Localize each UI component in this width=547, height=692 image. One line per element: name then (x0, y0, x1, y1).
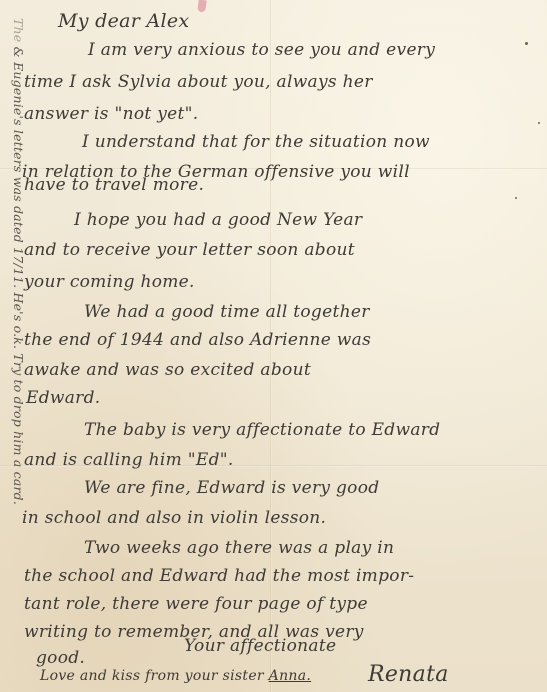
postscript: Love and kiss from your sister Anna. (40, 668, 311, 684)
postscript-text: Love and kiss from your sister (40, 668, 264, 684)
letter-page: The & Eugenie's letters was dated 17/11.… (0, 0, 547, 692)
letter-line: Two weeks ago there was a play in (84, 538, 394, 558)
letter-line: good. (36, 648, 85, 668)
letter-line: your coming home. (24, 272, 195, 292)
sister-name: Anna. (269, 668, 311, 684)
letter-line: I hope you had a good New Year (74, 210, 362, 230)
letter-line: The baby is very affectionate to Edward (84, 420, 440, 440)
letter-line: We are fine, Edward is very good (84, 478, 379, 498)
letter-line: in school and also in violin lesson. (22, 508, 326, 528)
letter-line: the end of 1944 and also Adrienne was (24, 330, 371, 350)
letter-line: I am very anxious to see you and every (88, 40, 435, 60)
signature: Renata (368, 662, 449, 687)
letter-line: time I ask Sylvia about you, always her (24, 72, 373, 92)
letter-line: the school and Edward had the most impor… (24, 566, 414, 586)
letter-body: My dear Alex I am very anxious to see yo… (0, 0, 547, 692)
letter-line: answer is "not yet". (24, 104, 198, 124)
salutation: My dear Alex (58, 10, 189, 32)
letter-line: and to receive your letter soon about (24, 240, 355, 260)
letter-line: We had a good time all together (84, 302, 370, 322)
letter-line: awake and was so excited about (24, 360, 311, 380)
closing: Your affectionate (184, 636, 336, 656)
letter-line: have to travel more. (24, 175, 204, 195)
letter-line: and is calling him "Ed". (24, 450, 234, 470)
letter-line: I understand that for the situation now (82, 132, 430, 152)
letter-line: tant role, there were four page of type (24, 594, 368, 614)
letter-line: Edward. (26, 388, 101, 408)
